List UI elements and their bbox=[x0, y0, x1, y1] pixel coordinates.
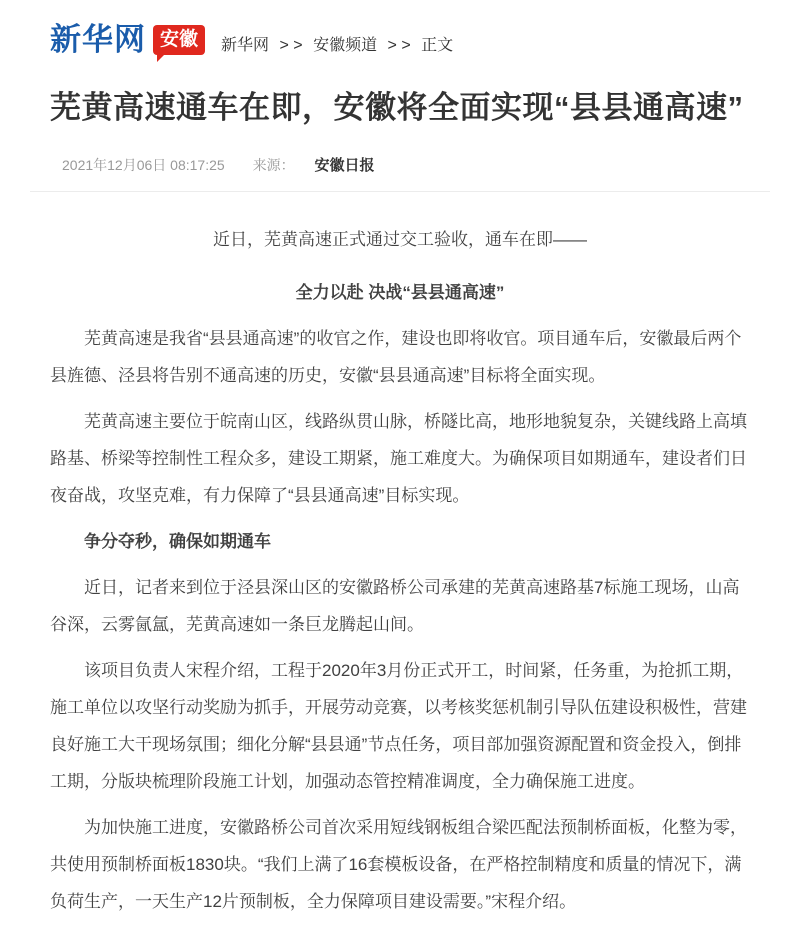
breadcrumb-item-anhui-channel[interactable]: 安徽频道 bbox=[313, 37, 377, 54]
breadcrumb: 新华网 > > 安徽频道 > > 正文 bbox=[221, 32, 453, 55]
breadcrumb-item-current: 正文 bbox=[421, 37, 453, 54]
publish-date: 2021年12月06日 08:17:25 bbox=[62, 157, 225, 173]
paragraph: 芜黄高速主要位于皖南山区，线路纵贯山脉，桥隧比高，地形地貌复杂，关键线路上高填路… bbox=[50, 403, 750, 514]
site-header: 新华网 安徽 新华网 > > 安徽频道 > > 正文 bbox=[0, 0, 800, 55]
paragraph: 该项目负责人宋程介绍，工程于2020年3月份正式开工，时间紧，任务重，为抢抓工期… bbox=[50, 652, 750, 800]
article-subtitle: 全力以赴 决战“县县通高速” bbox=[50, 274, 750, 311]
section-heading: 争分夺秒，确保如期通车 bbox=[50, 523, 750, 560]
source-label: 来源： bbox=[253, 157, 295, 173]
article-title: 芜黄高速通车在即，安徽将全面实现“县县通高速” bbox=[50, 89, 750, 128]
paragraph: 芜黄高速是我省“县县通高速”的收官之作，建设也即将收官。项目通车后，安徽最后两个… bbox=[50, 320, 750, 394]
breadcrumb-separator: > > bbox=[279, 37, 302, 54]
anhui-badge: 安徽 bbox=[153, 25, 205, 55]
xinhuanet-logo[interactable]: 新华网 安徽 bbox=[50, 24, 205, 55]
paragraph: 为加快施工进度，安徽路桥公司首次采用短线钢板组合梁匹配法预制桥面板，化整为零，共… bbox=[50, 809, 750, 920]
article-body: 近日，芜黄高速正式通过交工验收，通车在即—— 全力以赴 决战“县县通高速” 芜黄… bbox=[0, 192, 800, 945]
page: 新华网 安徽 新华网 > > 安徽频道 > > 正文 芜黄高速通车在即，安徽将全… bbox=[0, 0, 800, 945]
article-meta: 2021年12月06日 08:17:25 来源： 安徽日报 bbox=[50, 154, 750, 175]
xinhuanet-logo-text: 新华网 bbox=[50, 24, 146, 55]
source-name: 安徽日报 bbox=[314, 157, 374, 174]
breadcrumb-item-xinhuanet[interactable]: 新华网 bbox=[221, 37, 269, 54]
breadcrumb-separator: > > bbox=[388, 37, 411, 54]
lead-line: 近日，芜黄高速正式通过交工验收，通车在即—— bbox=[50, 221, 750, 258]
paragraph: 近日，记者来到位于泾县深山区的安徽路桥公司承建的芜黄高速路基7标施工现场，山高谷… bbox=[50, 569, 750, 643]
